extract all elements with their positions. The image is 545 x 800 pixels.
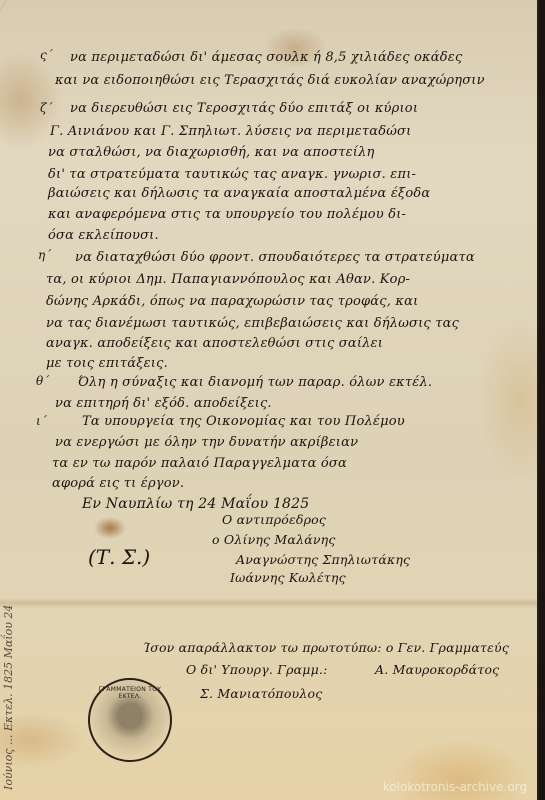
manuscript-line: αφορά εις τι έργον. [52,476,184,491]
paragraph-number: ι΄ [36,414,47,428]
manuscript-line: δι' τα στρατεύματα ταυτικώς τας αναγκ. γ… [48,167,416,182]
manuscript-line: με τοις επιτάξεις. [46,356,168,371]
manuscript-line: τα εν τω παρόν παλαιό Παραγγελματα όσα [52,456,347,471]
manuscript-line: να σταλθώσι, να διαχωρισθή, και να αποστ… [48,145,375,160]
manuscript-line: και αναφερόμενα στις τα υπουργείο του πο… [48,207,406,222]
secretary-signature: Α. Μαυροκορδάτος [375,662,499,677]
signatory: ο Ολίνης Μαλάνης [212,532,336,547]
paragraph-number: ζ΄ [40,101,53,115]
date-line: Εν Ναυπλίω τη 24 Μαΐου 1825 [82,496,309,512]
manuscript-line: αναγκ. αποδείξεις και αποστελεθώσι στις … [46,336,383,351]
manuscript-line: όσα εκλείπουσι. [48,228,159,243]
manuscript-line: να περιμεταδώσι δι' άμεσας σουλκ ή 8,5 χ… [70,50,462,65]
seal-place-initials: (Τ. Σ.) [88,545,150,569]
manuscript-line: δώνης Αρκάδι, όπως να παραχωρώσιν τας τρ… [46,294,418,309]
margin-note: Ιούνιος ... Εκτελ. 1825 Μαΐου 24 [2,605,15,790]
manuscript-line: να διαταχθώσι δύο φροντ. σπουδαιότερες τ… [75,250,475,265]
manuscript-line: Τα υπουργεία της Οικονομίας και του Πολέ… [82,414,405,429]
manuscript-page: ς΄ να περιμεταδώσι δι' άμεσας σουλκ ή 8,… [0,0,539,800]
manuscript-line: να τας διανέμωσι ταυτικώς, επιβεβαιώσεις… [46,316,459,331]
paragraph-number: ς΄ [40,48,53,62]
manuscript-line: να διερευθώσι εις Τεροσχιτάς δύο επιτάξ … [70,101,418,116]
manuscript-line: τα, οι κύριοι Δημ. Παπαγιαννόπουλος και … [46,272,410,287]
paragraph-number: θ΄ [36,374,49,388]
official-seal: ΓΡΑΜΜΑΤΕΙΟΝ ΤΟΥ ΕΚΤΕΛ. [88,678,172,762]
signatories-heading: Ο αντιπρόεδρος [222,512,326,527]
archive-watermark: kolokotronis-archive.org [383,780,527,794]
signatory: Ιωάννης Κωλέτης [230,570,346,585]
attestation-line: Ο δι' Υπουργ. Γραμμ.: [186,662,328,677]
initial-signature: Σ. Μανιατόπουλος [200,686,322,701]
manuscript-line: Γ. Αινιάνου και Γ. Σπηλιωτ. λύσεις να πε… [50,124,411,139]
paragraph-number: η΄ [38,248,51,262]
attestation-line: Ίσον απαράλλακτον τω πρωτοτύπω: ο Γεν. Γ… [143,640,509,655]
seal-text: ΓΡΑΜΜΑΤΕΙΟΝ ΤΟΥ ΕΚΤΕΛ. [90,686,170,700]
signatory: Αναγνώστης Σπηλιωτάκης [236,552,410,567]
manuscript-line: Όλη η σύναξις και διανομή των παραρ. όλω… [78,375,432,390]
manuscript-line: βαιώσεις και δήλωσις τα αναγκαία αποσταλ… [48,186,430,201]
manuscript-line: και να ειδοποιηθώσι εις Τερασχιτάς διά ε… [55,73,485,88]
manuscript-line: να επιτηρή δι' εξόδ. αποδείξεις. [55,396,272,411]
manuscript-line: να ενεργώσι με όλην την δυνατήν ακρίβεια… [55,435,358,450]
